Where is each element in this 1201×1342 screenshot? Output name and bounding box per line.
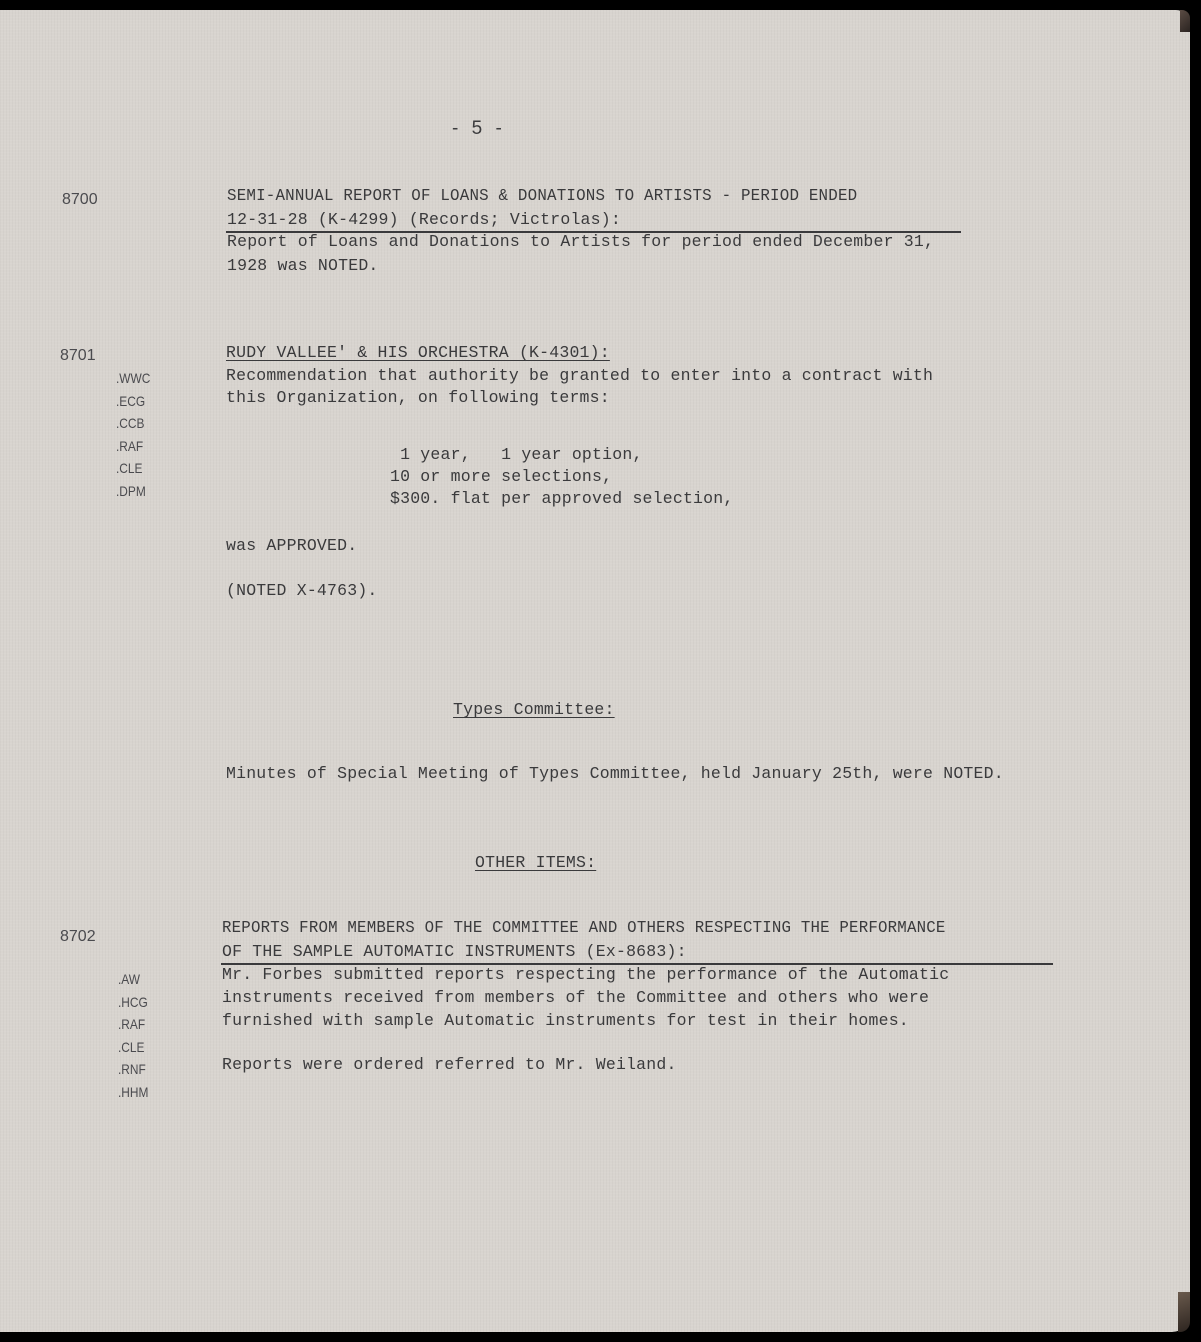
- initials: .CLE: [116, 457, 150, 480]
- book-spine-edge: [1178, 1292, 1190, 1332]
- item-heading: REPORTS FROM MEMBERS OF THE COMMITTEE AN…: [222, 918, 946, 938]
- item-heading: RUDY VALLEE' & HIS ORCHESTRA (K-4301):: [226, 343, 610, 363]
- item-heading: OF THE SAMPLE AUTOMATIC INSTRUMENTS (Ex-…: [222, 942, 687, 962]
- item-heading: SEMI-ANNUAL REPORT OF LOANS & DONATIONS …: [227, 186, 857, 206]
- initials-list: .WWC .ECG .CCB .RAF .CLE .DPM: [116, 367, 150, 502]
- initials: .RNF: [118, 1058, 148, 1081]
- contract-term: 10 or more selections,: [390, 467, 612, 487]
- item-body: furnished with sample Automatic instrume…: [222, 1011, 909, 1031]
- initials: .ECG: [116, 390, 150, 413]
- initials: .HHM: [118, 1081, 148, 1104]
- section-heading: Types Committee:: [453, 700, 615, 720]
- item-body: instruments received from members of the…: [222, 988, 929, 1008]
- item-body: this Organization, on following terms:: [226, 388, 610, 408]
- item-number: 8702: [60, 928, 96, 946]
- item-body: 1928 was NOTED.: [227, 256, 379, 276]
- initials: .WWC: [116, 367, 150, 390]
- document-page: - 5 - 8700 SEMI-ANNUAL REPORT OF LOANS &…: [0, 10, 1190, 1332]
- initials: .RAF: [116, 435, 150, 458]
- section-body: Minutes of Special Meeting of Types Comm…: [226, 764, 1004, 784]
- item-number: 8700: [62, 191, 98, 209]
- item-heading: 12-31-28 (K-4299) (Records; Victrolas):: [227, 210, 621, 230]
- item-note: (NOTED X-4763).: [226, 581, 378, 601]
- initials: .CCB: [116, 412, 150, 435]
- item-body: Mr. Forbes submitted reports respecting …: [222, 965, 949, 985]
- item-result: was APPROVED.: [226, 536, 357, 556]
- item-result: Reports were ordered referred to Mr. Wei…: [222, 1055, 677, 1075]
- item-number: 8701: [60, 347, 96, 365]
- section-heading: OTHER ITEMS:: [475, 853, 596, 873]
- item-body: Report of Loans and Donations to Artists…: [227, 232, 934, 252]
- contract-term: 1 year, 1 year option,: [390, 445, 643, 465]
- page-number: - 5 -: [452, 118, 506, 140]
- item-body: Recommendation that authority be granted…: [226, 366, 933, 386]
- initials: .DPM: [116, 480, 150, 503]
- initials: .CLE: [118, 1036, 148, 1059]
- initials: .HCG: [118, 991, 148, 1014]
- book-spine-edge: [1180, 10, 1190, 32]
- contract-term: $300. flat per approved selection,: [390, 489, 733, 509]
- initials-list: .AW .HCG .RAF .CLE .RNF .HHM: [118, 968, 148, 1103]
- initials: .AW: [118, 968, 148, 991]
- initials: .RAF: [118, 1013, 148, 1036]
